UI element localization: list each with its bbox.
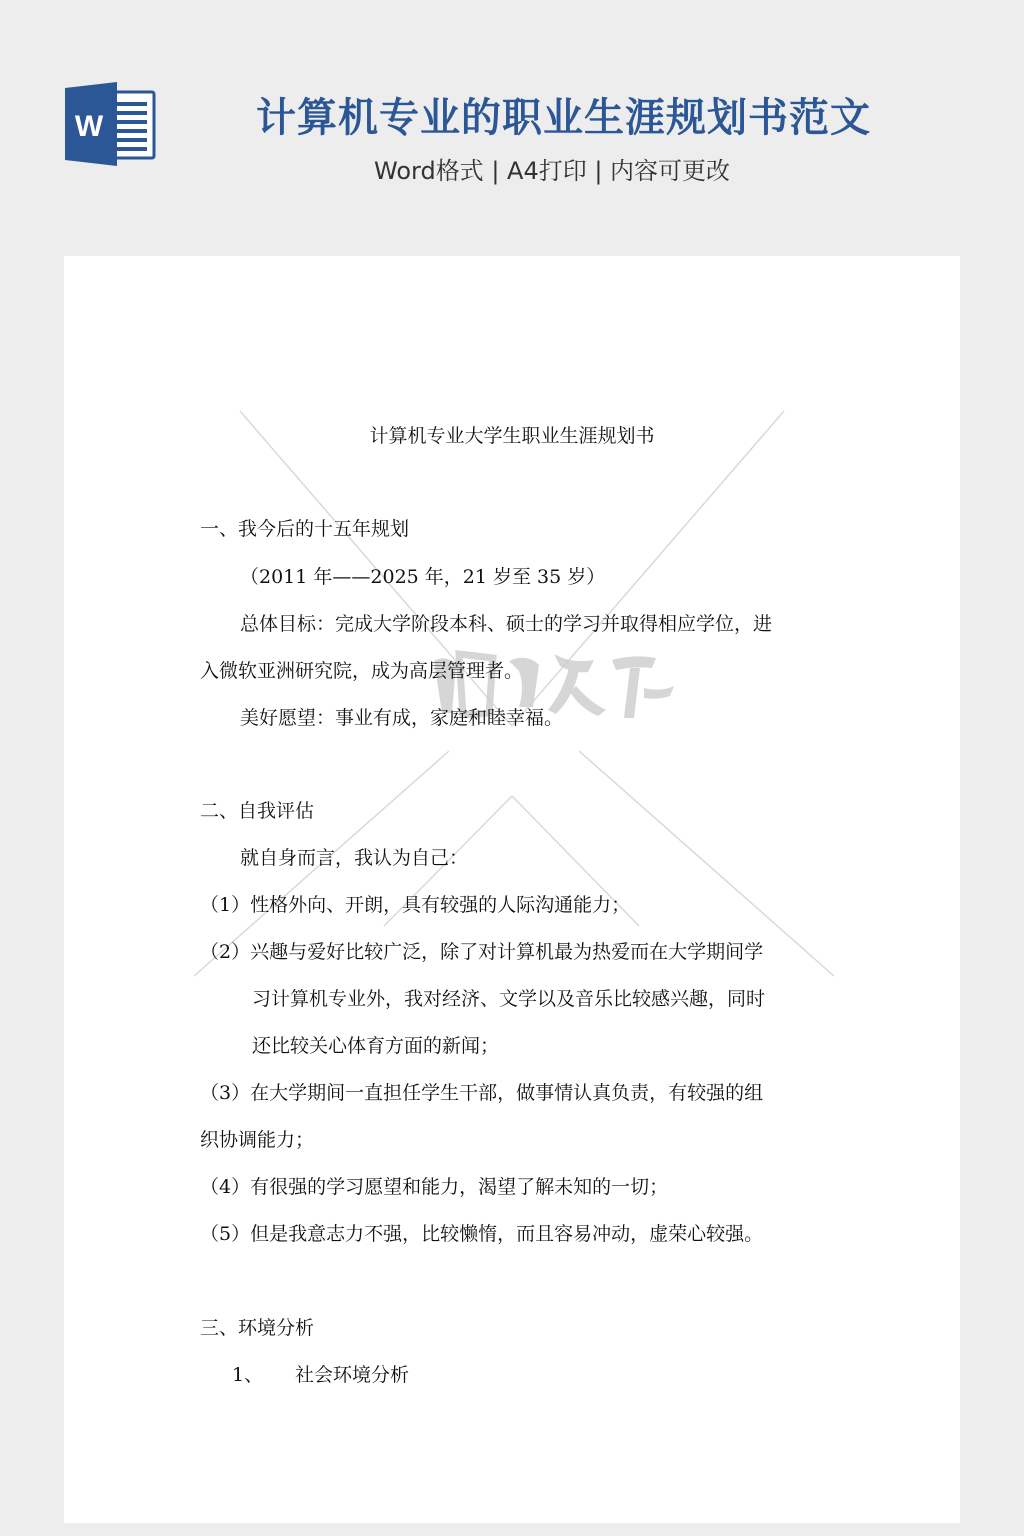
paragraph-line: 总体目标：完成大学阶段本科、硕士的学习并取得相应学位，进 xyxy=(240,611,772,637)
section-heading: 三、环境分析 xyxy=(200,1315,314,1341)
header-title: 计算机专业的职业生涯规划书范文 xyxy=(256,92,876,144)
paragraph-line: 就自身而言，我认为自己： xyxy=(240,845,468,871)
list-item: （3）在大学期间一直担任学生干部，做事情认真负责，有较强的组 xyxy=(200,1080,763,1106)
word-icon: W xyxy=(65,82,157,166)
subsection-number: 1、 xyxy=(232,1362,263,1388)
svg-text:W: W xyxy=(75,110,104,143)
list-item-continuation: 习计算机专业外，我对经济、文学以及音乐比较感兴趣，同时 xyxy=(252,986,765,1012)
section-heading: 二、自我评估 xyxy=(200,798,314,824)
paragraph-line: 美好愿望：事业有成，家庭和睦幸福。 xyxy=(240,705,563,731)
subsection-heading: 社会环境分析 xyxy=(295,1362,409,1388)
list-item-continuation: 织协调能力； xyxy=(200,1127,314,1153)
list-item: （1）性格外向、开朗，具有较强的人际沟通能力； xyxy=(200,892,630,918)
header: W 计算机专业的职业生涯规划书范文 Word格式 | A4打印 | 内容可更改 xyxy=(0,0,1024,256)
section-heading: 一、我今后的十五年规划 xyxy=(200,516,409,542)
paragraph-line: （2011 年——2025 年，21 岁至 35 岁） xyxy=(240,564,605,590)
document-title: 计算机专业大学生职业生涯规划书 xyxy=(64,423,960,449)
list-item: （4）有很强的学习愿望和能力，渴望了解未知的一切； xyxy=(200,1174,668,1200)
list-item-continuation: 还比较关心体育方面的新闻； xyxy=(252,1033,499,1059)
header-subtitle: Word格式 | A4打印 | 内容可更改 xyxy=(374,155,730,187)
list-item: （2）兴趣与爱好比较广泛，除了对计算机最为热爱而在大学期间学 xyxy=(200,939,763,965)
paragraph-line: 入微软亚洲研究院，成为高层管理者。 xyxy=(200,658,523,684)
list-item: （5）但是我意志力不强，比较懒惰，而且容易冲动，虚荣心较强。 xyxy=(200,1221,763,1247)
document-page: 计算机专业大学生职业生涯规划书 一、我今后的十五年规划 （2011 年——202… xyxy=(64,256,960,1523)
